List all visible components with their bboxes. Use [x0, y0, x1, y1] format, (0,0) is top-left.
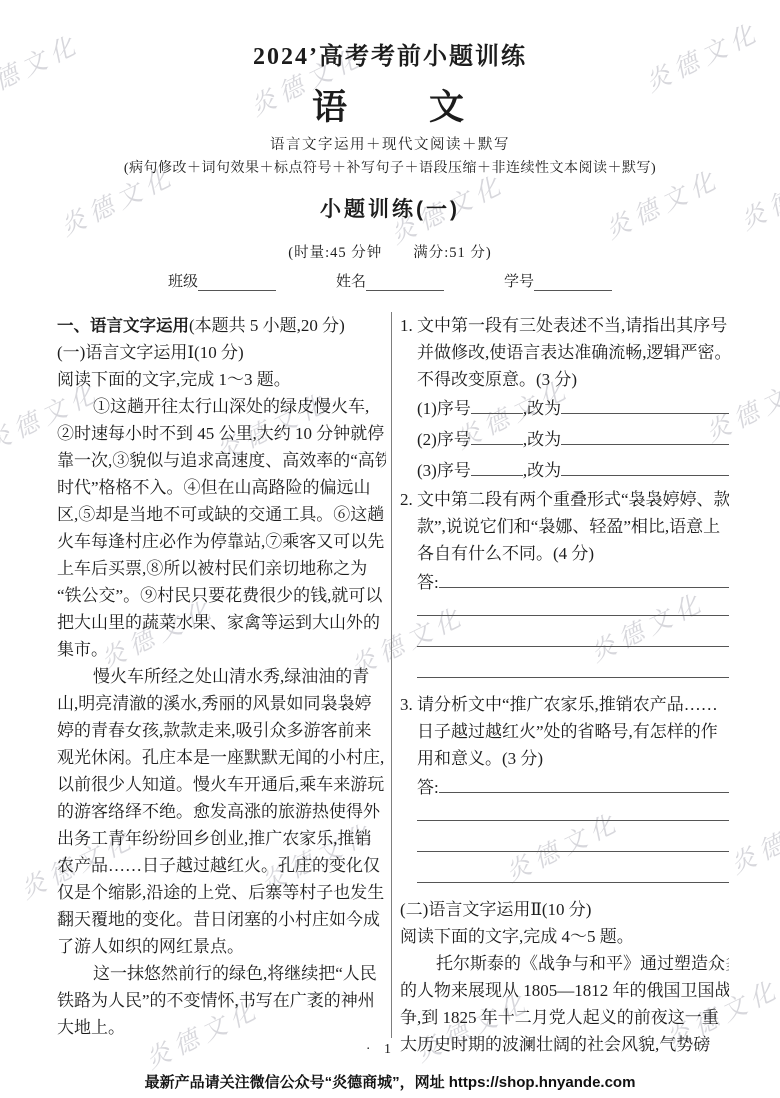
text-line: 把大山里的蔬菜水果、家禽等运到大山外的: [57, 609, 386, 636]
fill-in-fields-line: (3)序号,改为: [400, 455, 729, 486]
text-line: 阅读下面的文字,完成 4～5 题。: [400, 923, 729, 950]
field-label: 姓名: [336, 270, 366, 291]
student-fields: 班级姓名学号: [0, 270, 780, 291]
blank-underline: [561, 427, 729, 445]
blank-underline: [417, 598, 729, 616]
line-text: 答:: [417, 772, 439, 803]
text-line: 的人物来展现从 1805—1812 年的俄国卫国战: [400, 977, 729, 1004]
section-title: 小题训练(一): [0, 193, 780, 223]
blank-underline: [417, 803, 729, 821]
text-line: 不得改变原意。(3 分): [400, 366, 729, 393]
text-line: 铁路为人民”的不变情怀,书写在广袤的神州: [57, 987, 386, 1014]
text-line: 以前很少人知道。慢火车开通后,乘车来游玩: [57, 771, 386, 798]
answer-line: 答:: [400, 567, 729, 598]
answer-line: 答:: [400, 772, 729, 803]
page-number: · 1 ·: [0, 1042, 780, 1058]
blank-underline: [417, 865, 729, 883]
text-line: 农产品……日子越过越红火。孔庄的变化仅: [57, 852, 386, 879]
text-line: ②时速每小时不到 45 公里,大约 10 分钟就停: [57, 420, 386, 447]
right-column: 1. 文中第一段有三处表述不当,请指出其序号并做修改,使语言表达准确流畅,逻辑严…: [400, 312, 729, 1058]
field-underline: [366, 273, 444, 291]
line-text: (一)语言文字运用Ⅰ(10 分): [57, 339, 244, 366]
text-line: 托尔斯泰的《战争与和平》通过塑造众多: [400, 950, 729, 977]
line-text: ,改为: [523, 455, 561, 486]
answer-blank-line: [400, 803, 729, 834]
student-field: 学号: [504, 270, 612, 291]
answer-blank-line: [400, 660, 729, 691]
text-line: 区,⑤却是当地不可或缺的交通工具。⑥这趟: [57, 501, 386, 528]
text-line: 集市。: [57, 636, 386, 663]
text-line: 款”,说说它们和“袅娜、轻盈”相比,语意上: [400, 513, 729, 540]
text-line: 用和意义。(3 分): [400, 745, 729, 772]
line-text: 日子越过越红火”处的省略号,有怎样的作: [417, 718, 718, 745]
answer-blank-line: [400, 865, 729, 896]
answer-blank-line: [400, 834, 729, 865]
line-text: 翻天覆地的变化。昔日闭塞的小村庄如今成: [57, 906, 380, 933]
line-text: 一、语言文字运用: [57, 313, 189, 339]
line-text: 了游人如织的网红景点。: [57, 933, 244, 960]
text-line: 火车每逢村庄必作为停靠站,⑦乘客又可以先: [57, 528, 386, 555]
fill-in-fields-line: (1)序号,改为: [400, 393, 729, 424]
line-text: 答:: [417, 567, 439, 598]
text-line: 时代”格格不入。④但在山高路险的偏远山: [57, 474, 386, 501]
text-line: 翻天覆地的变化。昔日闭塞的小村庄如今成: [57, 906, 386, 933]
line-text: 仅是个缩影,沿途的上党、后寨等村子也发生: [57, 879, 384, 906]
line-text: 区,⑤却是当地不可或缺的交通工具。⑥这趟: [57, 501, 384, 528]
line-text: (3)序号: [417, 455, 471, 486]
blank-underline: [561, 396, 729, 414]
text-line: (二)语言文字运用Ⅱ(10 分): [400, 896, 729, 923]
exam-paper-page: 炎德文化炎德文化炎德文化炎德文化炎德文化炎德文化炎德文化炎德文化炎德文化炎德文化…: [0, 0, 780, 1098]
text-line: 大地上。: [57, 1014, 386, 1041]
footer-promo: 最新产品请关注微信公众号“炎德商城”，网址 https://shop.hnyan…: [0, 1071, 780, 1092]
column-divider: [391, 312, 392, 1038]
answer-blank-line: [400, 598, 729, 629]
text-line: 观光休闲。孔庄本是一座默默无闻的小村庄,: [57, 744, 386, 771]
line-text: 这一抹悠然前行的绿色,将继续把“人民: [93, 960, 377, 987]
text-line: 出务工青年纷纷回乡创业,推广农家乐,推销: [57, 825, 386, 852]
meta-line: (时量:45 分钟 满分:51 分): [0, 241, 780, 262]
text-line: 上车后买票,⑧所以被村民们亲切地称之为: [57, 555, 386, 582]
student-field: 班级: [168, 270, 276, 291]
line-text: “铁公交”。⑨村民只要花费很少的钱,就可以: [57, 582, 382, 609]
line-text: 大地上。: [57, 1014, 125, 1041]
text-line: 3. 请分析文中“推广农家乐,推销农产品……: [400, 691, 729, 718]
blank-underline: [471, 396, 523, 414]
text-line: ①这趟开往太行山深处的绿皮慢火车,: [57, 393, 386, 420]
blank-underline: [417, 834, 729, 852]
blank-underline: [471, 427, 523, 445]
answer-blank-line: [400, 629, 729, 660]
line-text: (1)序号: [417, 393, 471, 424]
text-line: 各自有什么不同。(4 分): [400, 540, 729, 567]
subject-title: 语 文: [0, 80, 780, 130]
text-line: 并做修改,使语言表达准确流畅,逻辑严密。: [400, 339, 729, 366]
blank-underline: [439, 775, 729, 793]
text-line: 争,到 1825 年十二月党人起义的前夜这一重: [400, 1004, 729, 1031]
field-label: 班级: [168, 270, 198, 291]
field-label: 学号: [504, 270, 534, 291]
line-text: 2. 文中第二段有两个重叠形式“袅袅婷婷、款: [400, 486, 729, 513]
text-line: 山,明亮清澈的溪水,秀丽的风景如同袅袅婷: [57, 690, 386, 717]
line-text: 1. 文中第一段有三处表述不当,请指出其序号: [400, 312, 727, 339]
blank-underline: [439, 570, 729, 588]
line-text: (2)序号: [417, 424, 471, 455]
text-line: 1. 文中第一段有三处表述不当,请指出其序号: [400, 312, 729, 339]
line-text: 以前很少人知道。慢火车开通后,乘车来游玩: [57, 771, 384, 798]
line-text: ②时速每小时不到 45 公里,大约 10 分钟就停: [57, 420, 384, 447]
line-text: 农产品……日子越过越红火。孔庄的变化仅: [57, 852, 380, 879]
field-underline: [534, 273, 612, 291]
text-line: 了游人如织的网红景点。: [57, 933, 386, 960]
line-text: 把大山里的蔬菜水果、家禽等运到大山外的: [57, 609, 380, 636]
section-heading-line: 一、语言文字运用(本题共 5 小题,20 分): [57, 312, 386, 339]
line-text: 款”,说说它们和“袅娜、轻盈”相比,语意上: [417, 513, 720, 540]
blank-underline: [471, 458, 523, 476]
line-text: 不得改变原意。(3 分): [417, 366, 577, 393]
line-text: (本题共 5 小题,20 分): [189, 312, 345, 339]
line-text: 靠一次,③貌似与追求高速度、高效率的“高铁: [57, 447, 386, 474]
line-text: ,改为: [523, 393, 561, 424]
line-text: 阅读下面的文字,完成 4～5 题。: [400, 923, 634, 950]
line-text: 用和意义。(3 分): [417, 745, 543, 772]
left-column: 一、语言文字运用(本题共 5 小题,20 分)(一)语言文字运用Ⅰ(10 分)阅…: [57, 312, 386, 1041]
line-text: 3. 请分析文中“推广农家乐,推销农产品……: [400, 691, 718, 718]
text-line: 仅是个缩影,沿途的上党、后寨等村子也发生: [57, 879, 386, 906]
line-text: ①这趟开往太行山深处的绿皮慢火车,: [93, 393, 369, 420]
text-line: 慢火车所经之处山清水秀,绿油油的青: [57, 663, 386, 690]
line-text: 婷的青春女孩,款款走来,吸引众多游客前来: [57, 717, 372, 744]
text-line: “铁公交”。⑨村民只要花费很少的钱,就可以: [57, 582, 386, 609]
line-text: 上车后买票,⑧所以被村民们亲切地称之为: [57, 555, 367, 582]
blank-underline: [561, 458, 729, 476]
text-line: 日子越过越红火”处的省略号,有怎样的作: [400, 718, 729, 745]
text-line: 这一抹悠然前行的绿色,将继续把“人民: [57, 960, 386, 987]
line-text: 并做修改,使语言表达准确流畅,逻辑严密。: [417, 339, 729, 366]
line-text: 山,明亮清澈的溪水,秀丽的风景如同袅袅婷: [57, 690, 372, 717]
series-title: 2024’高考考前小题训练: [0, 36, 780, 71]
line-text: 慢火车所经之处山清水秀,绿油油的青: [93, 663, 369, 690]
line-text: 火车每逢村庄必作为停靠站,⑦乘客又可以先: [57, 528, 384, 555]
scope-line: 语言文字运用＋现代文阅读＋默写: [0, 133, 780, 154]
line-text: 出务工青年纷纷回乡创业,推广农家乐,推销: [57, 825, 372, 852]
line-text: 时代”格格不入。④但在山高路险的偏远山: [57, 474, 371, 501]
watermark-text: 炎德文化: [723, 795, 780, 882]
blank-underline: [417, 660, 729, 678]
line-text: 阅读下面的文字,完成 1～3 题。: [57, 366, 291, 393]
text-line: 2. 文中第二段有两个重叠形式“袅袅婷婷、款: [400, 486, 729, 513]
line-text: 各自有什么不同。(4 分): [417, 540, 594, 567]
line-text: 观光休闲。孔庄本是一座默默无闻的小村庄,: [57, 744, 384, 771]
text-line: (一)语言文字运用Ⅰ(10 分): [57, 339, 386, 366]
line-text: 铁路为人民”的不变情怀,书写在广袤的神州: [57, 987, 375, 1014]
text-line: 阅读下面的文字,完成 1～3 题。: [57, 366, 386, 393]
text-line: 婷的青春女孩,款款走来,吸引众多游客前来: [57, 717, 386, 744]
line-text: 集市。: [57, 636, 108, 663]
line-text: 争,到 1825 年十二月党人起义的前夜这一重: [400, 1004, 719, 1031]
field-underline: [198, 273, 276, 291]
line-text: 托尔斯泰的《战争与和平》通过塑造众多: [436, 950, 729, 977]
scope-detail: (病句修改＋词句效果＋标点符号＋补写句子＋语段压缩＋非连续性文本阅读＋默写): [0, 157, 780, 177]
line-text: 的人物来展现从 1805—1812 年的俄国卫国战: [400, 977, 729, 1004]
line-text: 的游客络绎不绝。愈发高涨的旅游热使得外: [57, 798, 380, 825]
text-line: 的游客络绎不绝。愈发高涨的旅游热使得外: [57, 798, 386, 825]
line-text: ,改为: [523, 424, 561, 455]
blank-underline: [417, 629, 729, 647]
student-field: 姓名: [336, 270, 444, 291]
line-text: (二)语言文字运用Ⅱ(10 分): [400, 896, 591, 923]
fill-in-fields-line: (2)序号,改为: [400, 424, 729, 455]
text-line: 靠一次,③貌似与追求高速度、高效率的“高铁: [57, 447, 386, 474]
